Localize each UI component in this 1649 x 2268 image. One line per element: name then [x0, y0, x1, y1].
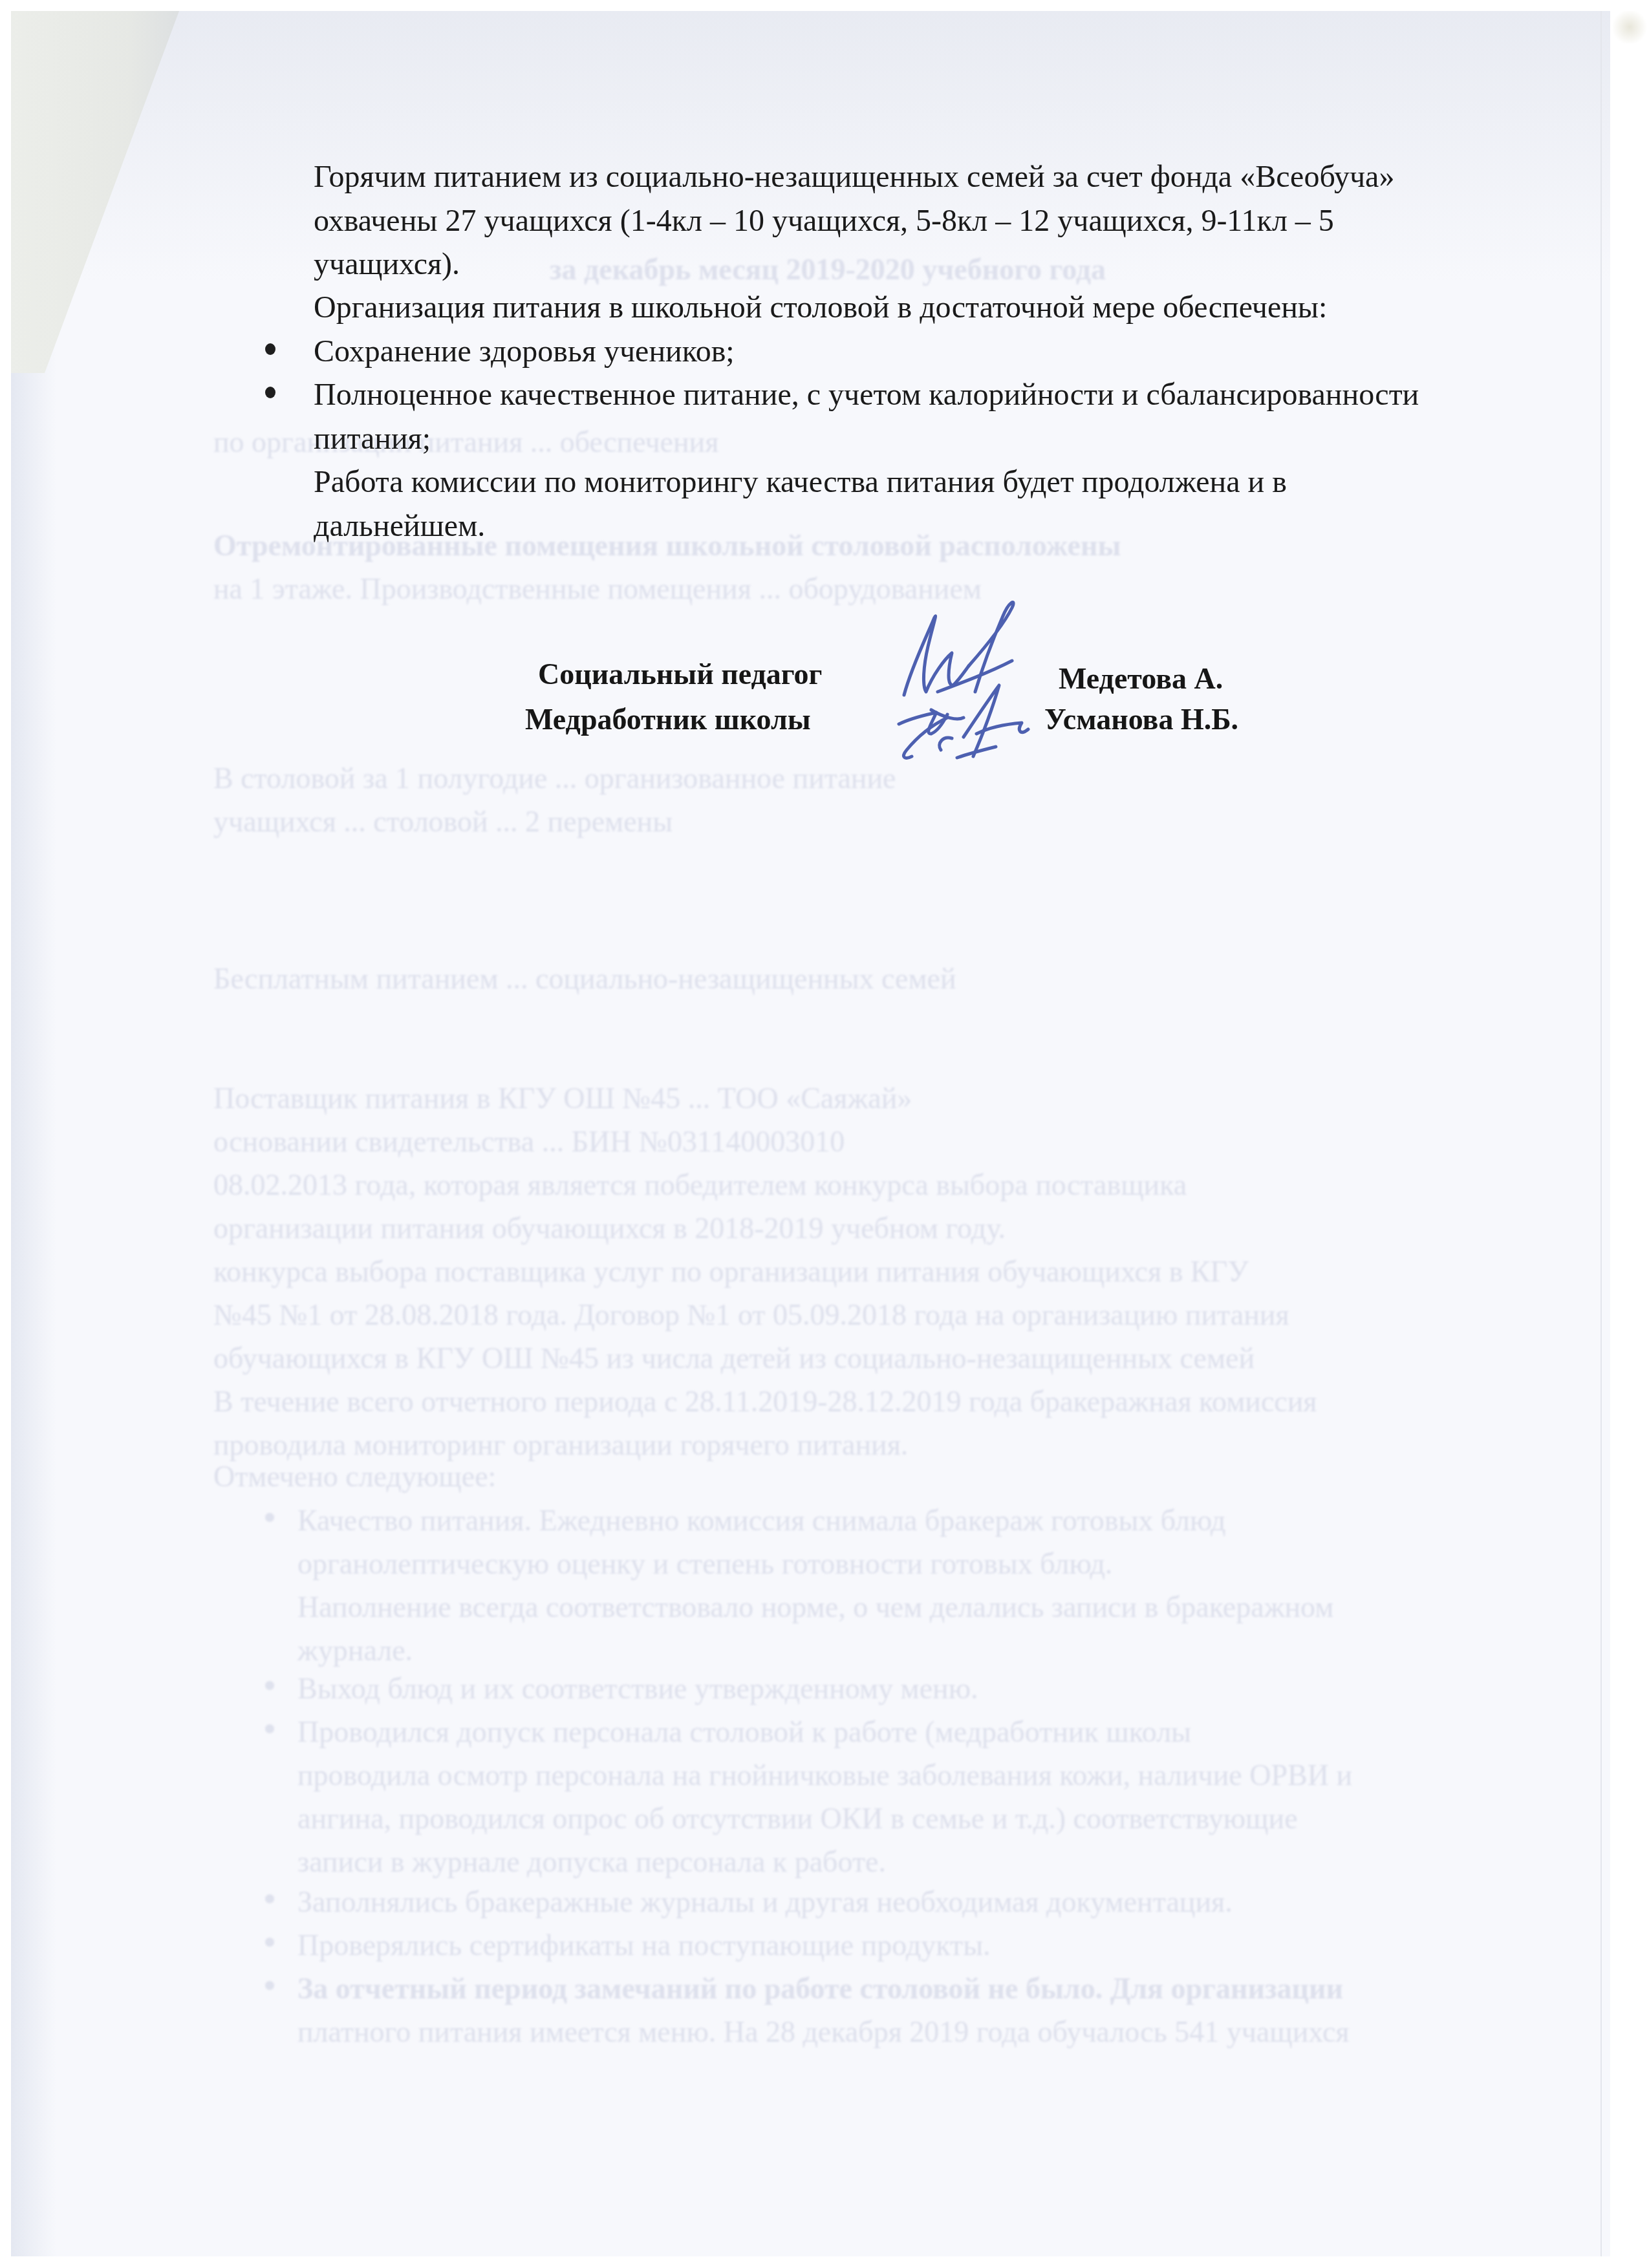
bleed-line: органолептическую оценку и степень готов…	[297, 1542, 1112, 1585]
signatory-role: Медработник школы	[525, 705, 811, 734]
scan-smudge	[1610, 11, 1649, 43]
bleed-line: В течение всего отчетного периода с 28.1…	[213, 1380, 1317, 1423]
bleed-line: учащихся ... столовой ... 2 перемены	[213, 800, 673, 843]
bullet-dot-icon	[265, 343, 275, 355]
closing-line: Работа комиссии по мониторингу качества …	[314, 467, 1287, 498]
bleed-line: по организации питания ... обеспечения	[213, 420, 718, 464]
closing-line: дальнейшем.	[314, 511, 485, 542]
bleed-line: Проверялись сертификаты на поступающие п…	[297, 1923, 991, 1967]
bullet-item-line: Полноценное качественное питание, с учет…	[314, 380, 1419, 411]
scan-edge-line	[1600, 11, 1602, 2256]
organization-line: Организация питания в школьной столовой …	[314, 292, 1327, 323]
bleed-bullet	[265, 1724, 274, 1733]
bullet-item-line: Сохранение здоровья учеников;	[314, 336, 735, 367]
bleed-line: ангина, проводился опрос об отсутствии О…	[297, 1797, 1298, 1840]
signatory-name: Усманова Н.Б.	[1044, 705, 1238, 734]
bleed-line: Бесплатным питанием ... социально-незащи…	[213, 957, 956, 1000]
bleed-line: В столовой за 1 полугодие ... организова…	[213, 756, 896, 800]
folded-corner-shadow	[11, 11, 179, 373]
bleed-line: проводила осмотр персонала на гнойничков…	[297, 1753, 1352, 1797]
bullet-dot-icon	[265, 387, 275, 398]
bleed-line: За отчетный период замечаний по работе с…	[297, 1967, 1343, 2010]
paragraph-line: Горячим питанием из социально-незащищенн…	[314, 162, 1394, 193]
bleed-line: №45 №1 от 28.08.2018 года. Договор №1 от…	[213, 1293, 1289, 1336]
bleed-line: журнале.	[297, 1629, 413, 1672]
bleed-line: Поставщик питания в КГУ ОШ №45 ... ТОО «…	[213, 1076, 912, 1120]
bleed-line: Проводился допуск персонала столовой к р…	[297, 1710, 1191, 1753]
signatory-name: Медетова А.	[1059, 664, 1223, 694]
bleed-line: Заполнялись бракеражные журналы и другая…	[297, 1880, 1233, 1923]
bleed-line: за декабрь месяц 2019-2020 учебного года	[550, 248, 1106, 291]
bleed-bullet	[265, 1938, 274, 1947]
handwritten-signature-icon	[892, 588, 1048, 776]
bleed-line: Качество питания. Ежедневно комиссия сни…	[297, 1499, 1225, 1542]
bleed-line: Отмечено следующее:	[213, 1455, 496, 1498]
bleed-line: конкурса выбора поставщика услуг по орга…	[213, 1250, 1249, 1293]
bleed-bullet	[265, 1681, 274, 1690]
bleed-line: на 1 этаже. Производственные помещения .…	[213, 567, 982, 610]
bleed-line: Наполнение всегда соответствовало норме,…	[297, 1585, 1333, 1629]
bleed-line: записи в журнале допуска персонала к раб…	[297, 1840, 886, 1883]
bleed-bullet	[265, 1894, 274, 1903]
bleed-line: организации питания обучающихся в 2018-2…	[213, 1206, 1006, 1250]
paragraph-line: учащихся).	[314, 249, 460, 280]
bleed-line: основании свидетельства ... БИН №0311400…	[213, 1120, 845, 1163]
bleed-line: 08.02.2013 года, которая является победи…	[213, 1163, 1187, 1206]
bleed-line: обучающихся в КГУ ОШ №45 из числа детей …	[213, 1336, 1255, 1380]
paragraph-line: охвачены 27 учащихся (1-4кл – 10 учащихс…	[314, 206, 1334, 237]
bleed-line: Выход блюд и их соответствие утвержденно…	[297, 1667, 978, 1710]
bleed-bullet	[265, 1981, 274, 1990]
signatory-role: Социальный педагог	[538, 659, 822, 689]
bullet-item-line: питания;	[314, 423, 431, 455]
bleed-line: платного питания имеется меню. На 28 дек…	[297, 2010, 1350, 2053]
bleed-bullet	[265, 1513, 274, 1522]
